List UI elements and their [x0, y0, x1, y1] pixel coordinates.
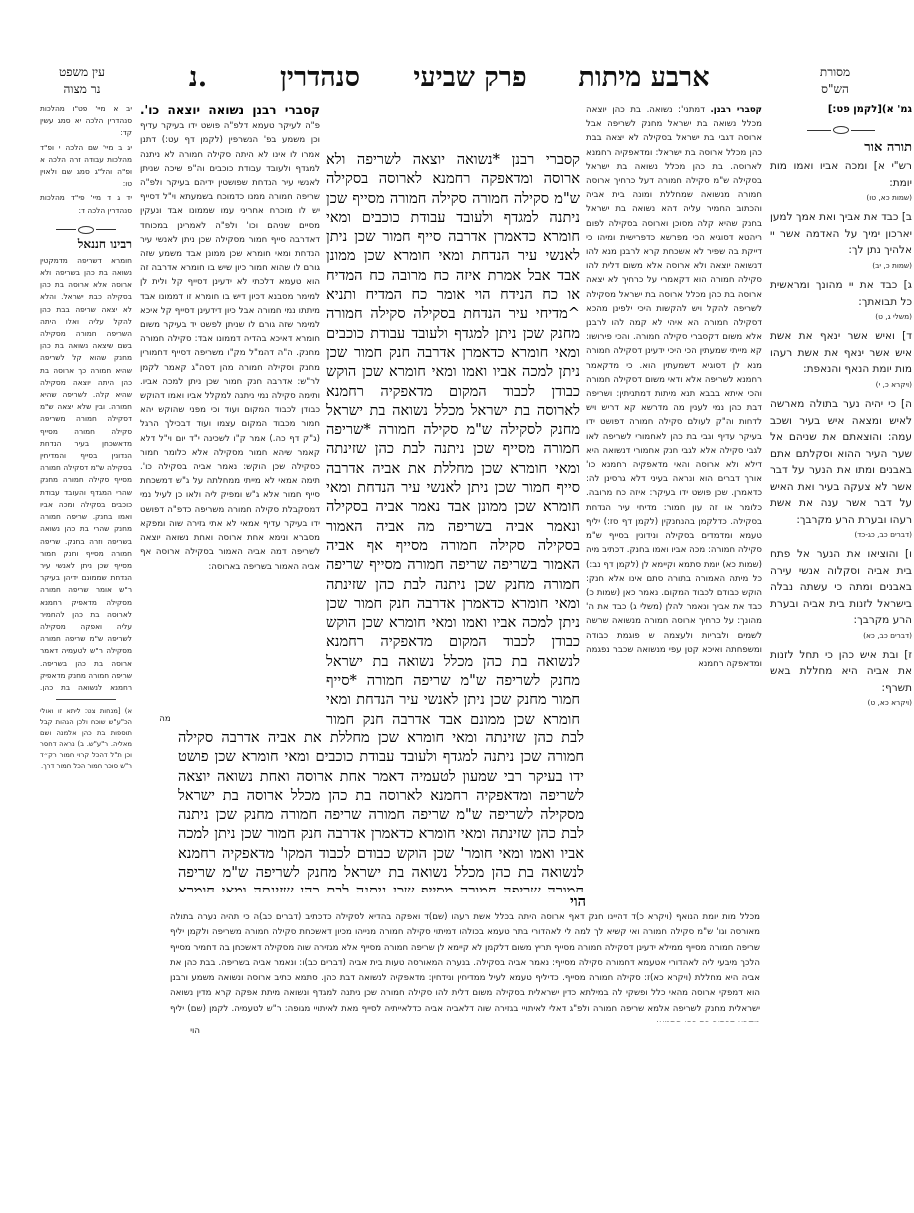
chapter-number: פרק שביעי — [400, 62, 540, 93]
torah-or-verse-ref: (שמות כ, יב) — [770, 260, 912, 272]
gemara-text-column: קסברי רבנן *נשואה יוצאה לשריפה ולא ארוסה… — [326, 150, 580, 728]
masoret-label-line1: מסורת — [790, 64, 880, 81]
ein-mishpat-entries: יב א מיי' פט"ו מהלכות סנהדרין הלכה יא סמ… — [40, 103, 132, 217]
torah-or-verse-ref: (דברים כב, כג-כד) — [770, 529, 912, 541]
masoret-label-line2: הש"ס — [790, 81, 880, 98]
rabbeinu-chananel-title: רבינו חננאל — [40, 237, 132, 252]
gemara-catchword: הוי — [556, 892, 586, 911]
ornament-divider — [770, 125, 912, 135]
torah-or-verse-ref: (שמות כא, טו) — [770, 192, 912, 204]
footnote-rule — [56, 699, 116, 700]
ornament-divider — [40, 225, 132, 235]
ein-mishpat-entry: יב א מיי' פט"ו מהלכות סנהדרין הלכה יא סמ… — [40, 103, 132, 140]
gemara-text-part1: קסברי רבנן *נשואה יוצאה לשריפה ולא ארוסה… — [326, 151, 580, 728]
tosafot-text: פ"ה לעיקר טעמא דלפ"ה פושט ידו בעיקר עדיף… — [140, 121, 320, 571]
torah-or-verse: ד] ואיש אשר ינאף את אשת איש אשר ינאף את … — [770, 328, 912, 378]
torah-or-verse: ה] כי יהיה נער בתולה מארשה לאיש ומצאה אי… — [770, 396, 912, 528]
rashi-lead: קסברי רבנן. — [711, 105, 762, 115]
tosafot-catchword: מה — [150, 712, 180, 726]
rashi-bottom-commentary: מכלל מות יומת הנואף (ויקרא כ)ד דהיינו חנ… — [170, 910, 760, 1022]
right-margin: גמ' א)[לקמן פט:] תורה אור רש"י א] ומכה א… — [770, 103, 912, 715]
torah-or-verse: ג] כבד את יי מהונך ומראשית כל תבואתך: — [770, 277, 912, 310]
torah-or-verse: רש"י א] ומכה אביו ואמו מות יומת: — [770, 158, 912, 191]
torah-or-verse-ref: (דברים כב, כא) — [770, 630, 912, 642]
torah-or-verse: ז] ובת איש כהן כי תחל לזנות את אביה היא … — [770, 647, 912, 697]
torah-or-verse: ב] כבד את אביך ואת אמך למען יארכון ימיך … — [770, 209, 912, 259]
ein-mishpat-label: עין משפט נר מצוה — [42, 64, 122, 98]
masoret-hashas-entry: גמ' א)[לקמן פט:] — [770, 103, 912, 117]
folio-number: נ. — [178, 62, 218, 93]
torah-or-verse-ref: (משלי ג, ט) — [770, 311, 912, 323]
tosafot-commentary: קסברי רבנן נשואה יוצאה כו'. פ"ה לעיקר טע… — [140, 103, 320, 731]
torah-or-verse: ו] והוציאו את הנער אל פתח בית אביה וסקלו… — [770, 546, 912, 629]
rabbeinu-chananel-text: חומרא דשריפה מדמקטין נשואה בת כהן בשריפה… — [40, 255, 132, 691]
ein-mishpat-entry: יג ב מיי' שם הלכה י ופ"ד מהלכות עבודה זר… — [40, 142, 132, 191]
rashi-text: דמתני': נשואה. בת כהן יוצאה מכלל נשואה ב… — [586, 105, 762, 669]
torah-or-title: תורה אור — [770, 139, 912, 155]
left-margin: יב א מיי' פט"ו מהלכות סנהדרין הלכה יא סמ… — [40, 103, 132, 772]
ein-mishpat-label-line2: נר מצוה — [42, 81, 122, 98]
rashi-commentary: קסברי רבנן. דמתני': נשואה. בת כהן יוצאה … — [586, 103, 762, 893]
masoret-hashas-label: מסורת הש"ס — [790, 64, 880, 98]
chapter-name: ארבע מיתות — [548, 62, 740, 93]
torah-or-verses: רש"י א] ומכה אביו ואמו מות יומת:(שמות כא… — [770, 158, 912, 709]
rashi-bottom-text: מכלל מות יומת הנואף (ויקרא כ)ד דהיינו חנ… — [170, 912, 760, 1022]
torah-or-verse-ref: (ויקרא כא, ט) — [770, 697, 912, 709]
gemara-text-part2: לבת כהן שזינתה ומאי חומרא שכן מחללת את א… — [178, 729, 584, 892]
torah-or-verse-ref: (ויקרא כ, י) — [770, 379, 912, 391]
ein-mishpat-label-line1: עין משפט — [42, 64, 122, 81]
hagahot-footnote: א) [מנחות צט: ליתא זו ואולי הכ"ע"ש שוכח … — [40, 706, 132, 772]
ein-mishpat-entry: יד ג ד מיי' פי"ד מהלכות סנהדרין הלכה ד: — [40, 192, 132, 216]
tractate-title: סנהדרין — [260, 62, 380, 93]
rashi-bottom-catchword: הוי — [170, 1024, 200, 1038]
tosafot-lead: קסברי רבנן נשואה יוצאה כו'. — [140, 103, 320, 117]
gemara-text-wide: לבת כהן שזינתה ומאי חומרא שכן מחללת את א… — [178, 728, 584, 892]
